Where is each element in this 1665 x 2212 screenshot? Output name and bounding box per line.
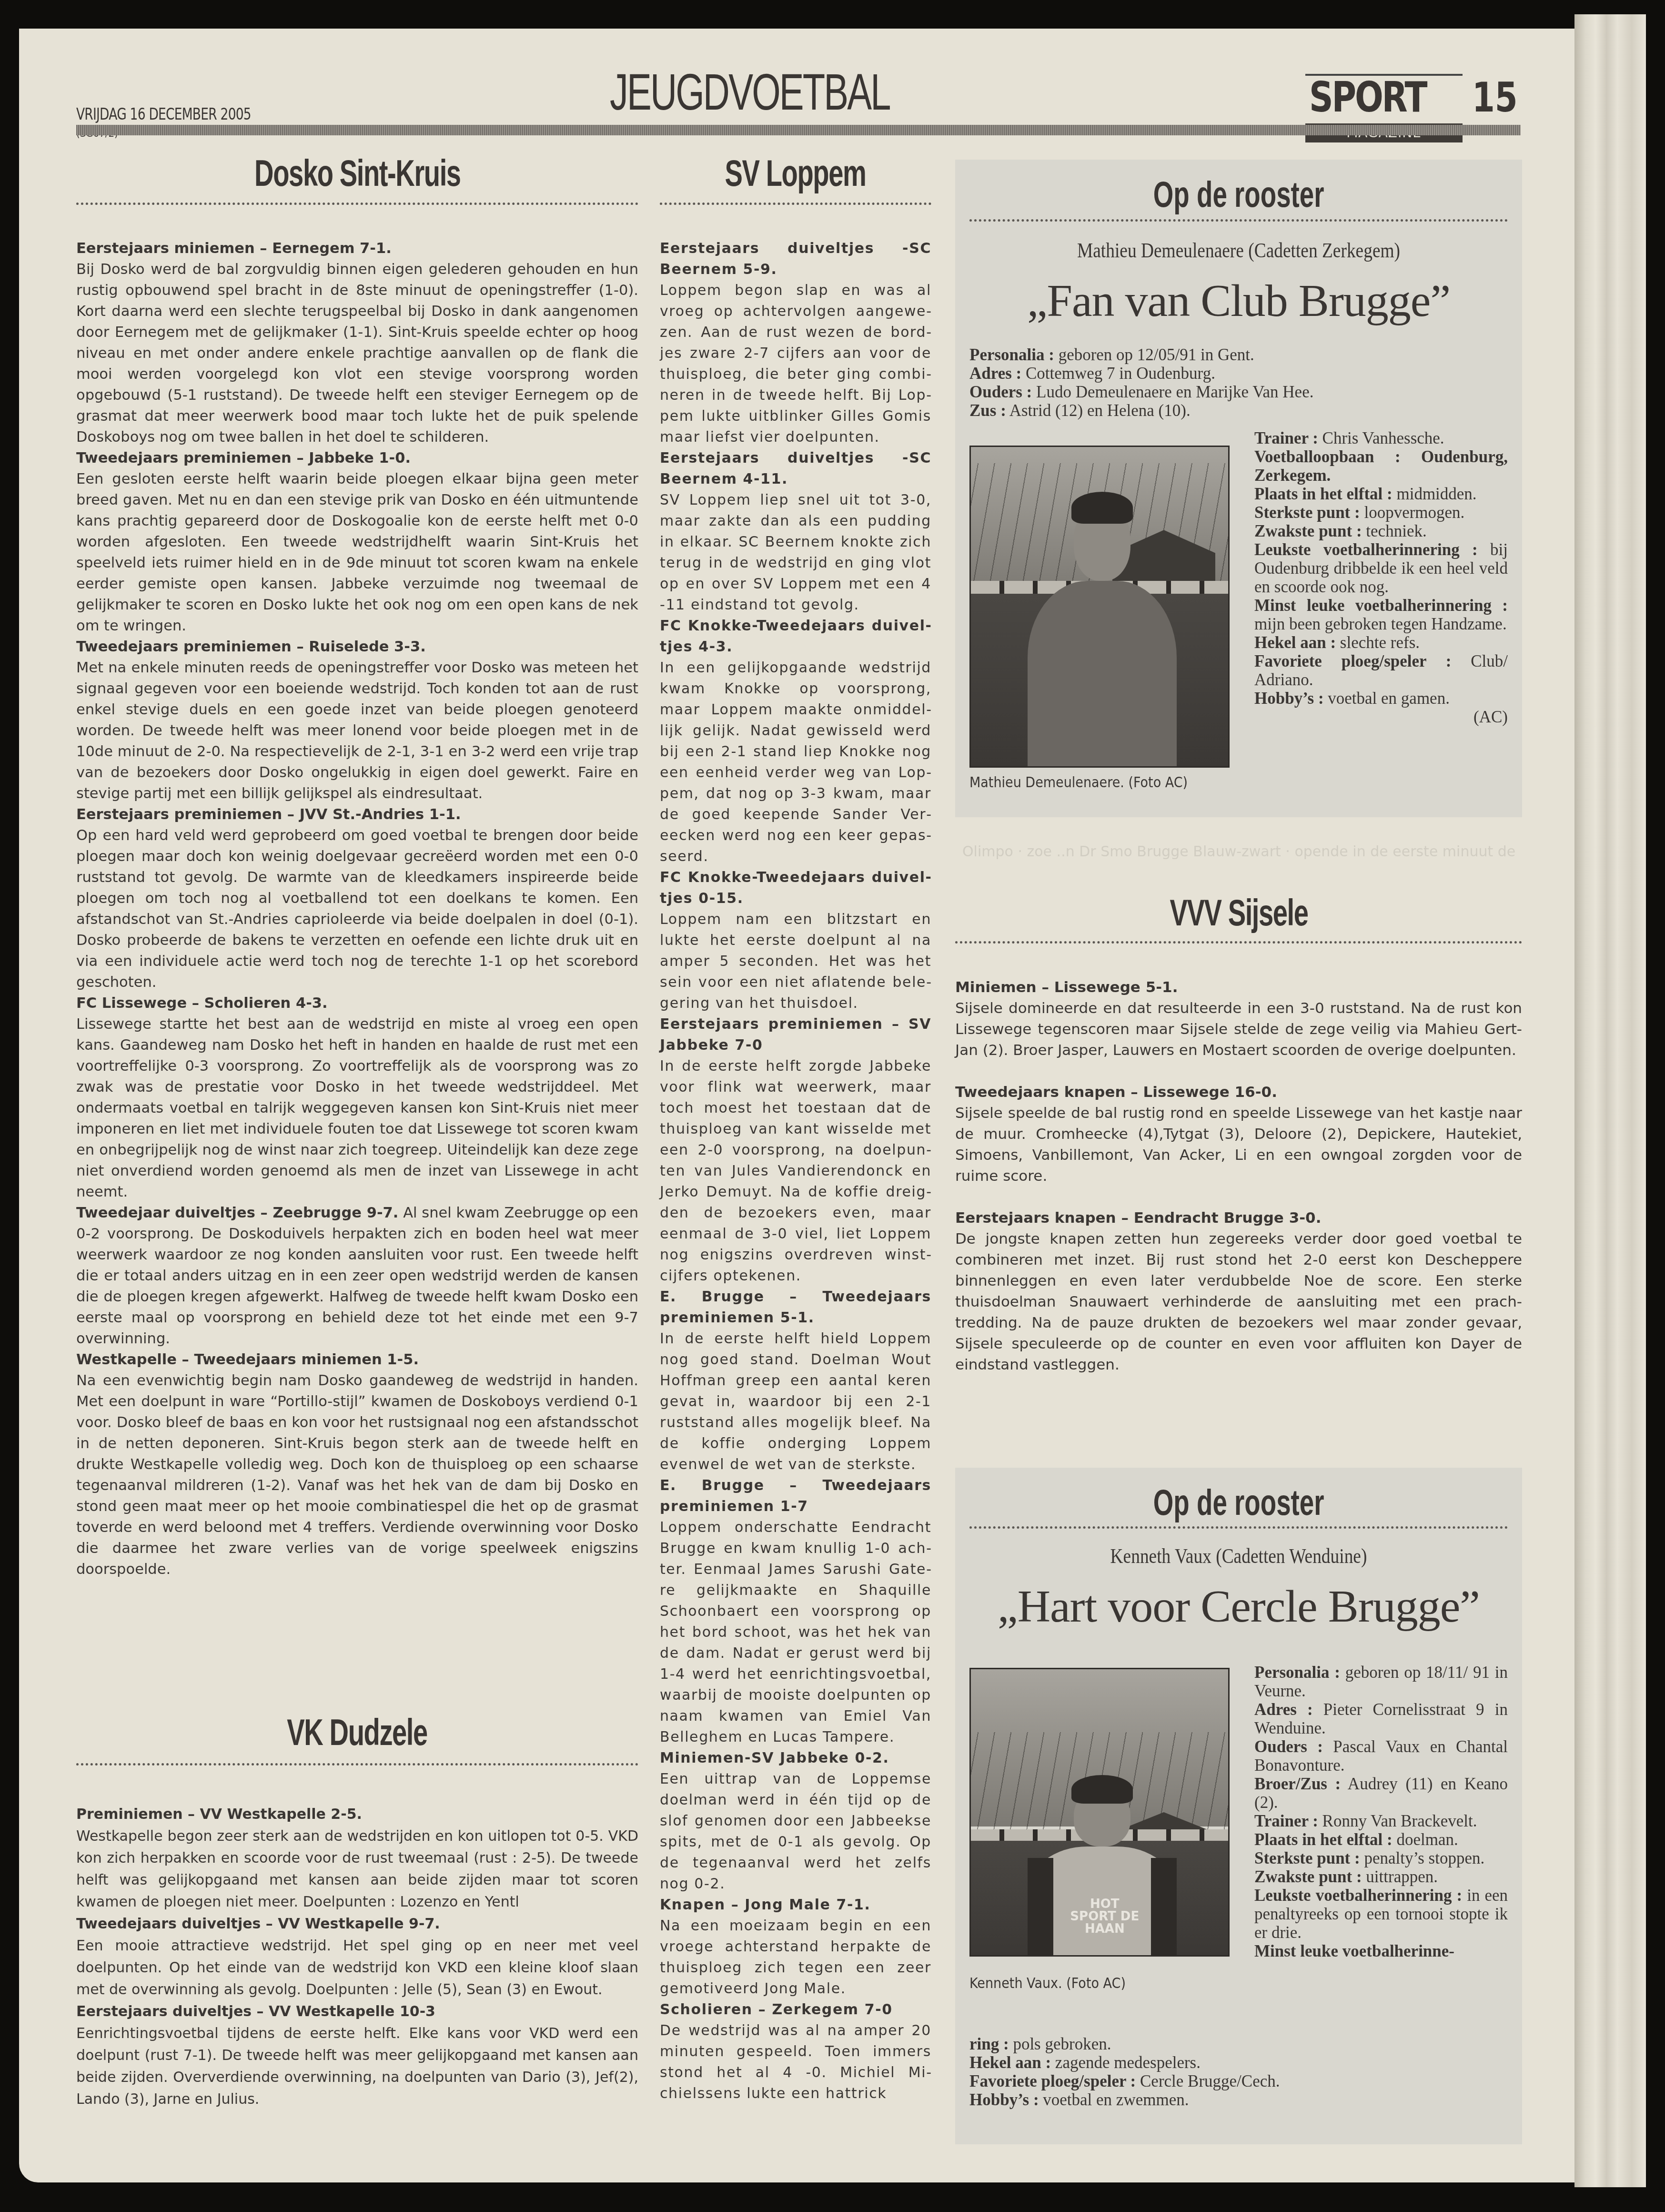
match-heading: Tweedejaars knapen – Lissewege 16-0.	[955, 1084, 1277, 1101]
title-divider	[955, 941, 1522, 944]
match-heading: E. Brugge – Tweedejaars premi­niemen 5-1…	[660, 1289, 931, 1326]
title-divider	[76, 1763, 638, 1766]
match-heading: Eerstejaars knapen – Eendracht Brugge 3-…	[955, 1209, 1321, 1227]
photo-caption: Kenneth Vaux. (Foto AC)	[969, 1975, 1126, 1992]
match-report: Loppem nam een blitzstart en lukte het e…	[660, 909, 931, 1014]
article-dudzele: Preminiemen – VV Westkapelle 2-5. Westka…	[76, 1804, 638, 2111]
profile-facts-side: Trainer : Chris Vanhessche. Voetballoopb…	[1254, 429, 1508, 726]
match-report: Sijsele speelde de bal rustig rond en sp…	[955, 1103, 1522, 1187]
box-divider	[969, 219, 1508, 222]
article-title-sijsele: VVV Sijsele	[955, 891, 1522, 934]
match-report: Loppem onderschatte Eendracht Brugge en …	[660, 1517, 931, 1748]
page-stack-edge	[1574, 14, 1646, 2187]
player-photo-vaux: HOT SPORT DE HAAN	[969, 1668, 1230, 1957]
match-heading: FC Knokke-Tweedejaars duivel­tjes 0-15.	[660, 869, 931, 907]
match-heading: E. Brugge – Tweedejaars premi­niemen 1-7	[660, 1477, 931, 1515]
match-heading: Miniemen-SV Jabbeke 0-2.	[660, 1750, 889, 1766]
match-report: Een gesloten eerste helft waarin beide p…	[76, 469, 638, 637]
profile-quote: „Hart voor Cercle Brugge”	[955, 1580, 1522, 1633]
match-heading: Tweedejaars duiveltjes – VV Westkapelle …	[76, 1916, 440, 1932]
match-report: Na een evenwichtig begin nam Dosko gaand…	[76, 1370, 638, 1580]
profile-facts-side: Personalia : geboren op 18/11/ 91 in Veu…	[1254, 1663, 1508, 1960]
profile-box-title: Op de rooster	[955, 1482, 1522, 1523]
article-sijsele: Miniemen – Lissewege 5-1. Sijsele domine…	[955, 977, 1522, 1375]
article-dosko: Eerstejaars miniemen – Eernegem 7-1. Bij…	[76, 238, 638, 1580]
match-heading: Tweedejaar duiveltjes – Zeebrugge 9-7.	[76, 1205, 398, 1221]
match-heading: Eerstejaars preminiemen – SV Jabbeke 7-0	[660, 1016, 931, 1054]
match-heading: FC Lissewege – Scholieren 4-3.	[76, 995, 328, 1012]
match-heading: Eerstejaars duiveltjes – VV Westkapelle …	[76, 2003, 435, 2020]
section-title: JEUGDVOETBAL	[610, 62, 890, 122]
masthead-rule	[76, 125, 1521, 135]
match-report: De wedstrijd was al na amper 20 minuten …	[660, 2020, 931, 2104]
article-title-dudzele: VK Dudzele	[76, 1711, 638, 1754]
profile-person: Kenneth Vaux (Cadetten Wenduine)	[998, 1544, 1480, 1568]
shirt-sponsor-text: HOT SPORT DE HAAN	[1069, 1898, 1140, 1935]
match-report: In de eerste helft hield Loppem nog goed…	[660, 1329, 931, 1475]
match-report: In een gelijkopgaande wedstrijd kwam Kno…	[660, 658, 931, 867]
match-report: Lissewege startte het best aan de wedstr…	[76, 1014, 638, 1203]
match-heading: Eerstejaars preminiemen – JVV St.-Andrie…	[76, 806, 461, 823]
profile-box-demeulenaere: Op de rooster Mathieu Demeulenaere (Cade…	[955, 160, 1522, 817]
match-heading: Knapen – Jong Male 7-1.	[660, 1897, 871, 1913]
photo-caption: Mathieu Demeulenaere. (Foto AC)	[969, 774, 1188, 791]
match-report: Eenrichtingsvoetbal tijdens de eerste he…	[76, 2023, 638, 2111]
show-through-text: Olimpo · zoe ..n Dr Smo Brugge Blauw-zwa…	[962, 843, 1520, 860]
match-heading: FC Knokke-Tweedejaars duivel­tjes 4-3.	[660, 618, 931, 655]
logo-wordmark: SPORT	[1309, 76, 1426, 119]
match-report: De jongste knapen zetten hun zegereeks v…	[955, 1228, 1522, 1375]
article-title-loppem: SV Loppem	[660, 152, 931, 195]
profile-facts-bottom: ring : pols gebroken. Hekel aan : zagend…	[969, 2035, 1508, 2109]
match-heading: Tweedejaars preminiemen – Jabbeke 1-0.	[76, 450, 411, 467]
match-report: In de eerste helft zorgde Jabbeke voor f…	[660, 1056, 931, 1287]
match-report: Westkapelle begon zeer sterk aan de weds…	[76, 1826, 638, 1913]
article-loppem: Eerstejaars duiveltjes -SC Beer­nem 5-9.…	[660, 238, 931, 2104]
match-heading: Miniemen – Lissewege 5-1.	[955, 979, 1178, 996]
title-divider	[76, 203, 638, 205]
dateline: VRIJDAG 16 DECEMBER 2005	[76, 105, 251, 124]
profile-quote: „Fan van Club Brugge”	[955, 274, 1522, 327]
profile-box-title: Op de rooster	[955, 174, 1522, 215]
match-report: Bij Dosko werd de bal zorgvuldig binnen …	[76, 259, 638, 448]
match-heading: Tweedejaars preminiemen – Ruiselede 3-3.	[76, 639, 426, 655]
match-report: Een uittrap van de Loppemse doelman werd…	[660, 1769, 931, 1895]
player-photo-demeulenaere	[969, 446, 1230, 768]
match-report: Na een moeizaam begin en een vroege acht…	[660, 1916, 931, 1999]
match-heading: Eerstejaars miniemen – Eernegem 7-1.	[76, 240, 392, 257]
match-heading: Eerstejaars duiveltjes -SC Beer­nem 5-9.	[660, 240, 931, 278]
page-number: 15	[1472, 74, 1518, 122]
match-report: Met na enkele minuten reeds de openingst…	[76, 658, 638, 804]
profile-box-vaux: Op de rooster Kenneth Vaux (Cadetten Wen…	[955, 1468, 1522, 2144]
match-report: Op een hard veld werd geprobeerd om goed…	[76, 825, 638, 993]
match-report: Loppem begon slap en was al vroeg op ach…	[660, 280, 931, 448]
match-heading: Westkapelle – Tweedejaars miniemen 1-5.	[76, 1351, 419, 1368]
match-report: SV Loppem liep snel uit tot 3-0, maar za…	[660, 490, 931, 616]
profile-facts-top: Personalia : geboren op 12/05/91 in Gent…	[969, 345, 1508, 420]
author-credit: (AC)	[1254, 708, 1508, 726]
sport-magazine-logo: SPORT MAGAZINE	[1305, 74, 1463, 133]
match-report: Sijsele domineerde en dat resulteerde in…	[955, 998, 1522, 1061]
title-divider	[660, 203, 931, 205]
match-report: Al snel kwam Zeebrugge op een 0-2 voorsp…	[76, 1205, 638, 1347]
match-heading: Preminiemen – VV Westkapelle 2-5.	[76, 1806, 362, 1823]
match-heading: Scholieren – Zerkegem 7-0	[660, 2001, 893, 2018]
match-heading: Eerstejaars duiveltjes -SC Beer­nem 4-11…	[660, 450, 931, 487]
match-report: Een mooie attractieve wedstrijd. Het spe…	[76, 1935, 638, 2001]
article-title-dosko: Dosko Sint-Kruis	[76, 152, 638, 195]
box-divider	[969, 1526, 1508, 1529]
profile-person: Mathieu Demeulenaere (Cadetten Zerkegem)	[998, 238, 1480, 263]
